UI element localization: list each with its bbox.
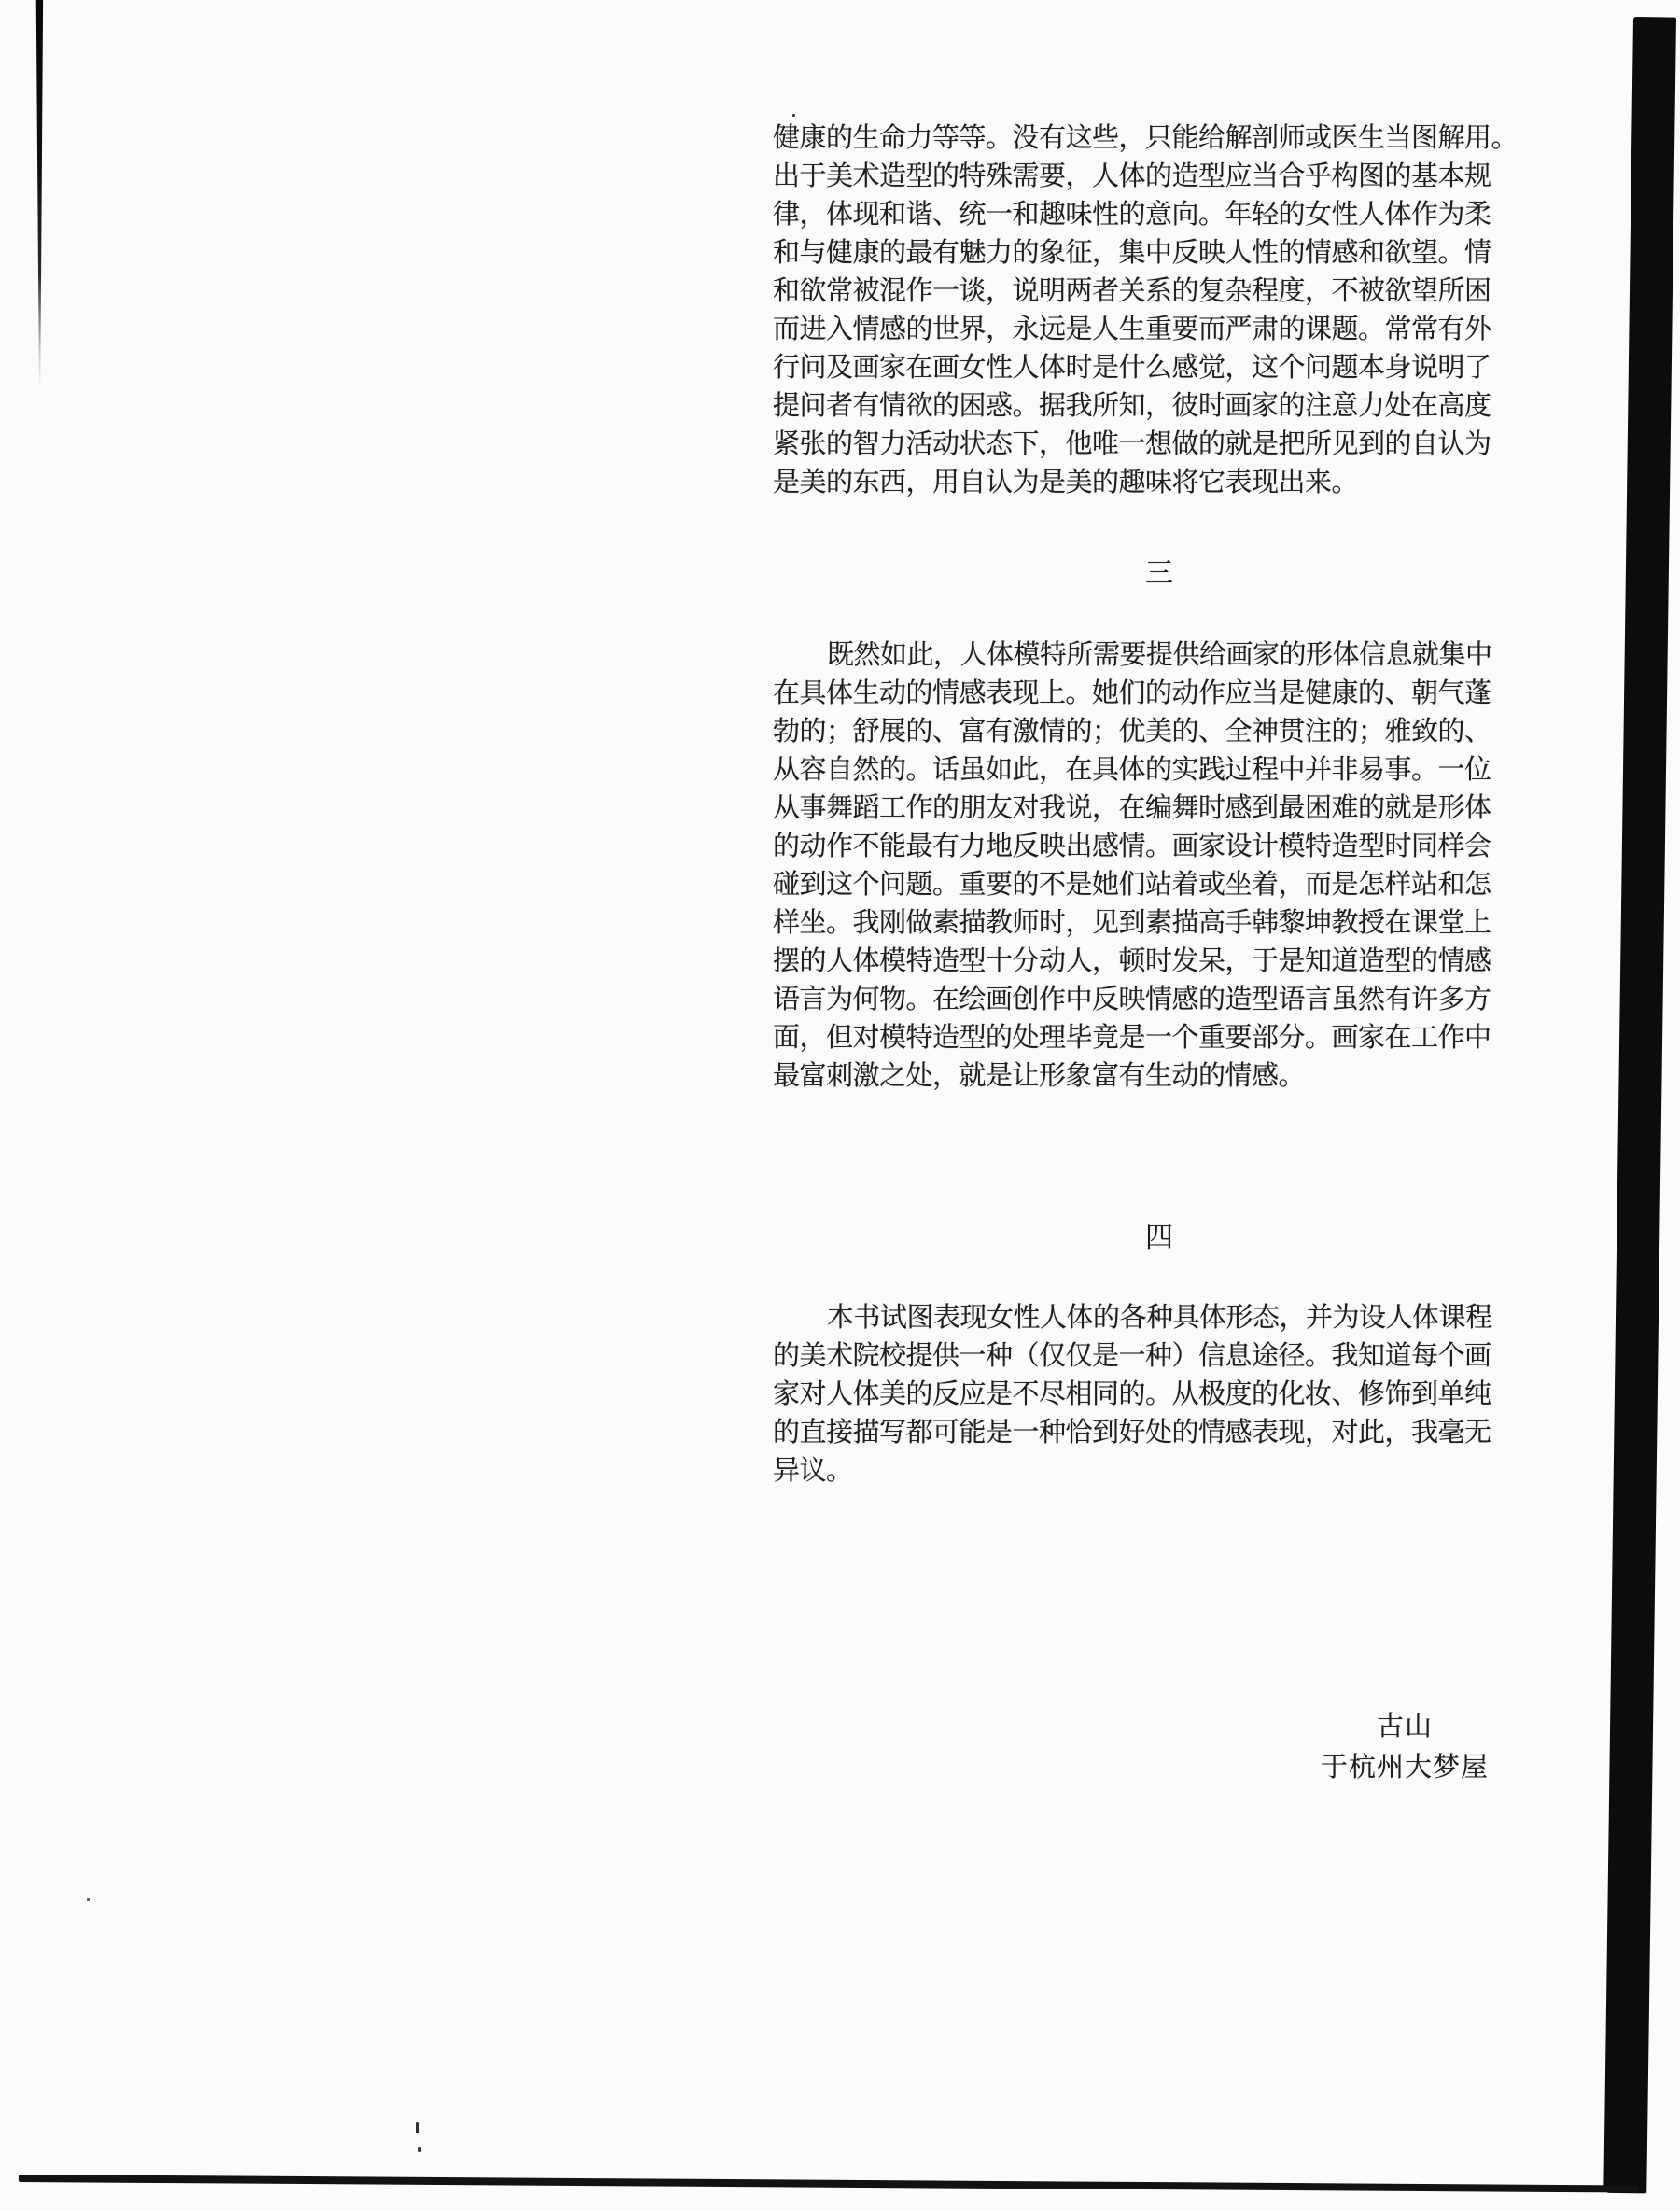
scan-edge-line-bottom	[19, 2175, 1639, 2193]
scan-edge-line-left	[35, 0, 44, 390]
paragraph-section-four: 本书试图表现女性人体的各种具体形态，并为设人体课程 的美术院校提供一种（仅仅是一…	[773, 1299, 1538, 1490]
author-signature-block: 古山 于杭州大梦屋	[1241, 1706, 1568, 1788]
paragraph-continuation: 健康的生命力等等。没有这些，只能给解剖师或医生当图解用。 出于美术造型的特殊需要…	[773, 119, 1538, 502]
author-place: 于杭州大梦屋	[1241, 1747, 1568, 1788]
scan-speck	[416, 2122, 419, 2133]
scanned-book-page: 健康的生命力等等。没有这些，只能给解剖师或医生当图解用。 出于美术造型的特殊需要…	[0, 0, 1680, 2210]
book-binding-bar	[1603, 17, 1676, 2193]
section-heading-four: 四	[793, 1221, 1525, 1256]
paragraph-section-three: 既然如此，人体模特所需要提供给画家的形体信息就集中 在具体生动的情感表现上。她们…	[773, 636, 1538, 1096]
scan-speck	[792, 114, 795, 117]
scan-speck	[418, 2147, 421, 2152]
author-name: 古山	[1241, 1706, 1568, 1747]
section-heading-three: 三	[793, 556, 1525, 592]
scan-speck	[87, 1898, 90, 1901]
